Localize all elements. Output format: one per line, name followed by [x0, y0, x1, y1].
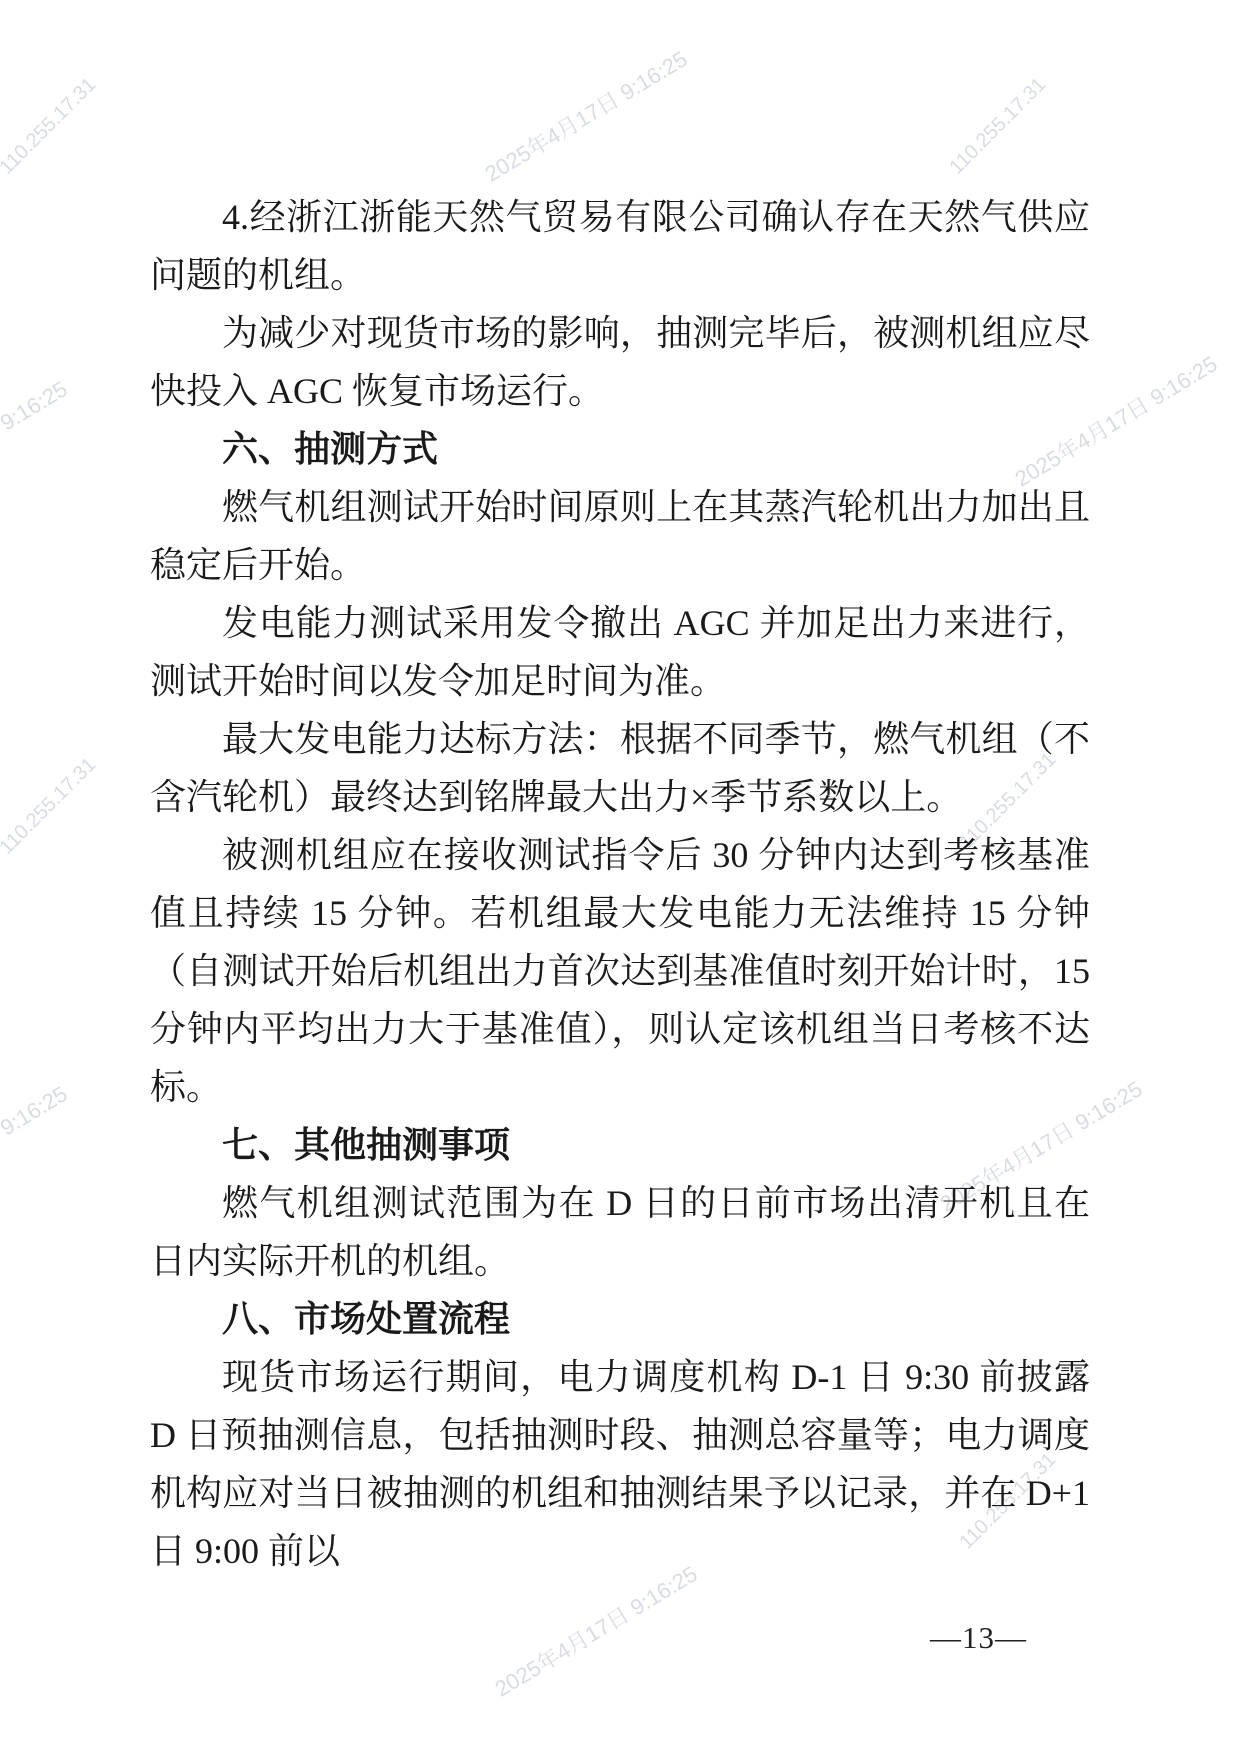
paragraph-item-4: 4.经浙江浙能天然气贸易有限公司确认存在天然气供应问题的机组。: [150, 188, 1090, 304]
paragraph-market-process: 现货市场运行期间，电力调度机构 D-1 日 9:30 前披露 D 日预抽测信息，…: [150, 1348, 1090, 1580]
section-heading-7: 七、其他抽测事项: [150, 1116, 1090, 1174]
paragraph-test-method: 发电能力测试采用发令撤出 AGC 并加足出力来进行，测试开始时间以发令加足时间为…: [150, 594, 1090, 710]
watermark-timestamp: 2025年4月17日 9:16:25: [479, 43, 693, 189]
document-page: 110.255.17.31 2025年4月17日 9:16:25 110.255…: [0, 0, 1240, 1753]
paragraph-test-scope: 燃气机组测试范围为在 D 日的日前市场出清开机且在日内实际开机的机组。: [150, 1174, 1090, 1290]
watermark-ip: 110.255.17.31: [945, 74, 1051, 180]
document-body: 4.经浙江浙能天然气贸易有限公司确认存在天然气供应问题的机组。 为减少对现货市场…: [150, 188, 1090, 1580]
paragraph-agc-recovery: 为减少对现货市场的影响，抽测完毕后，被测机组应尽快投入 AGC 恢复市场运行。: [150, 304, 1090, 420]
paragraph-assessment-rule: 被测机组应在接收测试指令后 30 分钟内达到考核基准值且持续 15 分钟。若机组…: [150, 826, 1090, 1116]
page-number: —13—: [930, 1620, 1027, 1656]
paragraph-capacity-standard: 最大发电能力达标方法：根据不同季节，燃气机组（不含汽轮机）最终达到铭牌最大出力×…: [150, 710, 1090, 826]
section-heading-6: 六、抽测方式: [150, 420, 1090, 478]
paragraph-test-start: 燃气机组测试开始时间原则上在其蒸汽轮机出力加出且稳定后开始。: [150, 478, 1090, 594]
watermark-timestamp: 2025年4月17日 9:16:25: [0, 1078, 73, 1224]
section-heading-8: 八、市场处置流程: [150, 1290, 1090, 1348]
watermark-timestamp: 2025年4月17日 9:16:25: [0, 373, 73, 519]
watermark-ip: 110.255.17.31: [0, 754, 101, 860]
watermark-ip: 110.255.17.31: [0, 74, 101, 180]
